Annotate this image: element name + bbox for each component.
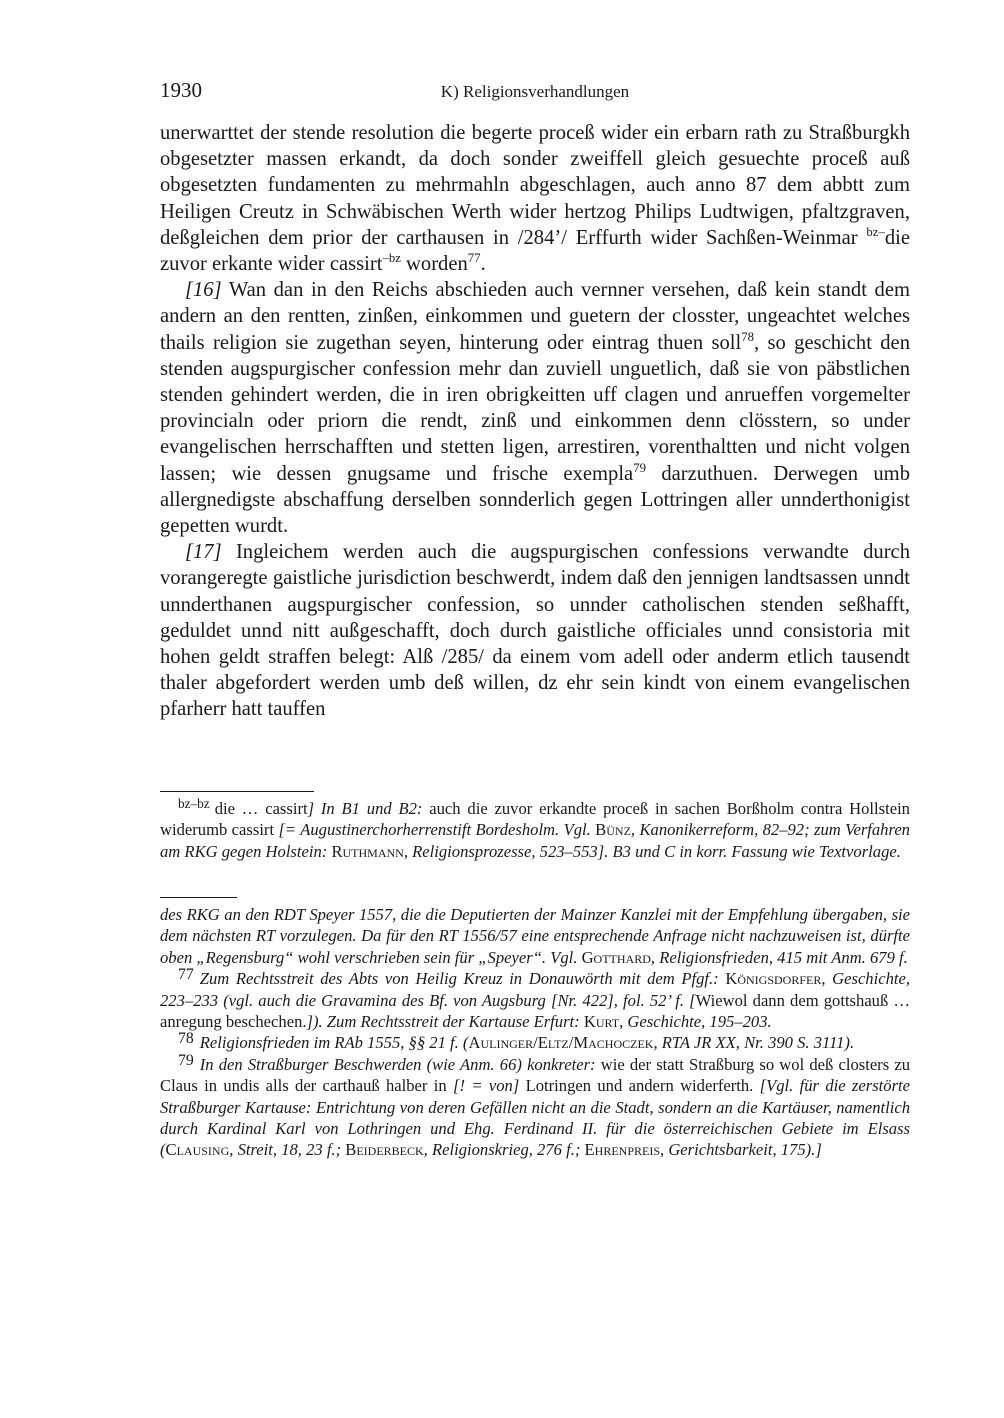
note-italic: In den Straßburger Beschwerden (wie Anm.… <box>200 1055 596 1074</box>
text-segment: unerwarttet der stende resolution die be… <box>160 122 910 249</box>
critical-apparatus: bz–bzdie … cassirt] In B1 und B2: auch d… <box>160 798 910 862</box>
note-italic: Religionsfrieden im RAb 1555, §§ 21 f. ( <box>200 1033 469 1052</box>
lemma: die … cassirt <box>215 799 308 818</box>
footnote-ref-78[interactable]: 78 <box>741 330 754 344</box>
footnote-number: 78 <box>178 1030 194 1047</box>
paragraph-16: [16] Wan dan in den Reichs abschieden au… <box>160 277 910 539</box>
paragraph-number: [16] <box>185 279 222 301</box>
author-name: Kurt <box>580 1012 619 1031</box>
author-name: Königsdorfer <box>719 969 822 988</box>
author-name: Gotthard <box>577 948 650 967</box>
apparatus-divider <box>160 791 314 792</box>
footnote-78: 78Religionsfrieden im RAb 1555, §§ 21 f.… <box>160 1032 910 1053</box>
author-name: Clausing <box>166 1140 230 1159</box>
note-italic: [= Augustinerchorherrenstift Bordesholm.… <box>278 820 590 839</box>
note-text: Lotringen und andern widerferth. <box>519 1076 759 1095</box>
note-italic: Zum Rechtsstreit des Abts von Heilig Kre… <box>200 969 719 988</box>
variant-mark-close: –bz <box>382 251 400 265</box>
footnote-79: 79In den Straßburger Beschwerden (wie An… <box>160 1054 910 1161</box>
note-italic: ]). Zum Rechtsstreit der Kartause Erfurt… <box>307 1012 580 1031</box>
paragraph-number: [17] <box>185 541 222 563</box>
variant-note-mark: bz–bz <box>178 796 210 811</box>
note-italic: , Gerichtsbarkeit, 175).] <box>660 1140 822 1159</box>
footnote-number: 77 <box>178 966 194 983</box>
author-name: Ruthmann <box>327 842 404 861</box>
running-title: K) Religionsverhandlungen <box>160 82 910 102</box>
note-italic: , Religionskrieg, 276 f.; <box>424 1140 581 1159</box>
author-name: Bünz <box>591 820 631 839</box>
footnotes: des RKG an den RDT Speyer 1557, die die … <box>160 904 910 1161</box>
note-italic: , Religionsprozesse, 523–553]. B3 und C … <box>404 842 901 861</box>
text-segment: . <box>481 253 486 275</box>
footnote-ref-77[interactable]: 77 <box>468 251 481 265</box>
variant-mark-open: bz– <box>866 225 884 239</box>
note-italic: , Geschichte, 195–203. <box>619 1012 772 1031</box>
running-head: 1930 K) Religionsverhandlungen <box>160 78 910 108</box>
footnote-77: 77Zum Rechtsstreit des Abts von Heilig K… <box>160 968 910 1032</box>
note-italic: [! = von] <box>453 1076 519 1095</box>
paragraph-continued: unerwarttet der stende resolution die be… <box>160 120 910 277</box>
author-name: Aulinger/Eltz/Machoczek <box>468 1033 653 1052</box>
footnote-divider <box>160 897 237 898</box>
note-italic: ] In B1 und B2: <box>308 799 423 818</box>
variant-note-bz: bz–bzdie … cassirt] In B1 und B2: auch d… <box>160 798 910 862</box>
footnote-ref-79[interactable]: 79 <box>633 461 646 475</box>
paragraph-17: [17] Ingleichem werden auch die augspurg… <box>160 539 910 722</box>
text-segment: worden <box>401 253 468 275</box>
note-italic: , Religionsfrieden, 415 mit Anm. 679 f. <box>651 948 908 967</box>
text-segment: Ingleichem werden auch die augspurgische… <box>160 541 910 720</box>
author-name: Ehrenpreis <box>580 1140 660 1159</box>
footnote-number: 79 <box>178 1052 194 1069</box>
note-italic: , Streit, 18, 23 f.; <box>229 1140 341 1159</box>
note-italic: , RTA JR XX, Nr. 390 S. 3111). <box>653 1033 854 1052</box>
author-name: Beiderbeck <box>341 1140 424 1159</box>
main-text: unerwarttet der stende resolution die be… <box>160 120 910 723</box>
footnote-continued: des RKG an den RDT Speyer 1557, die die … <box>160 904 910 968</box>
